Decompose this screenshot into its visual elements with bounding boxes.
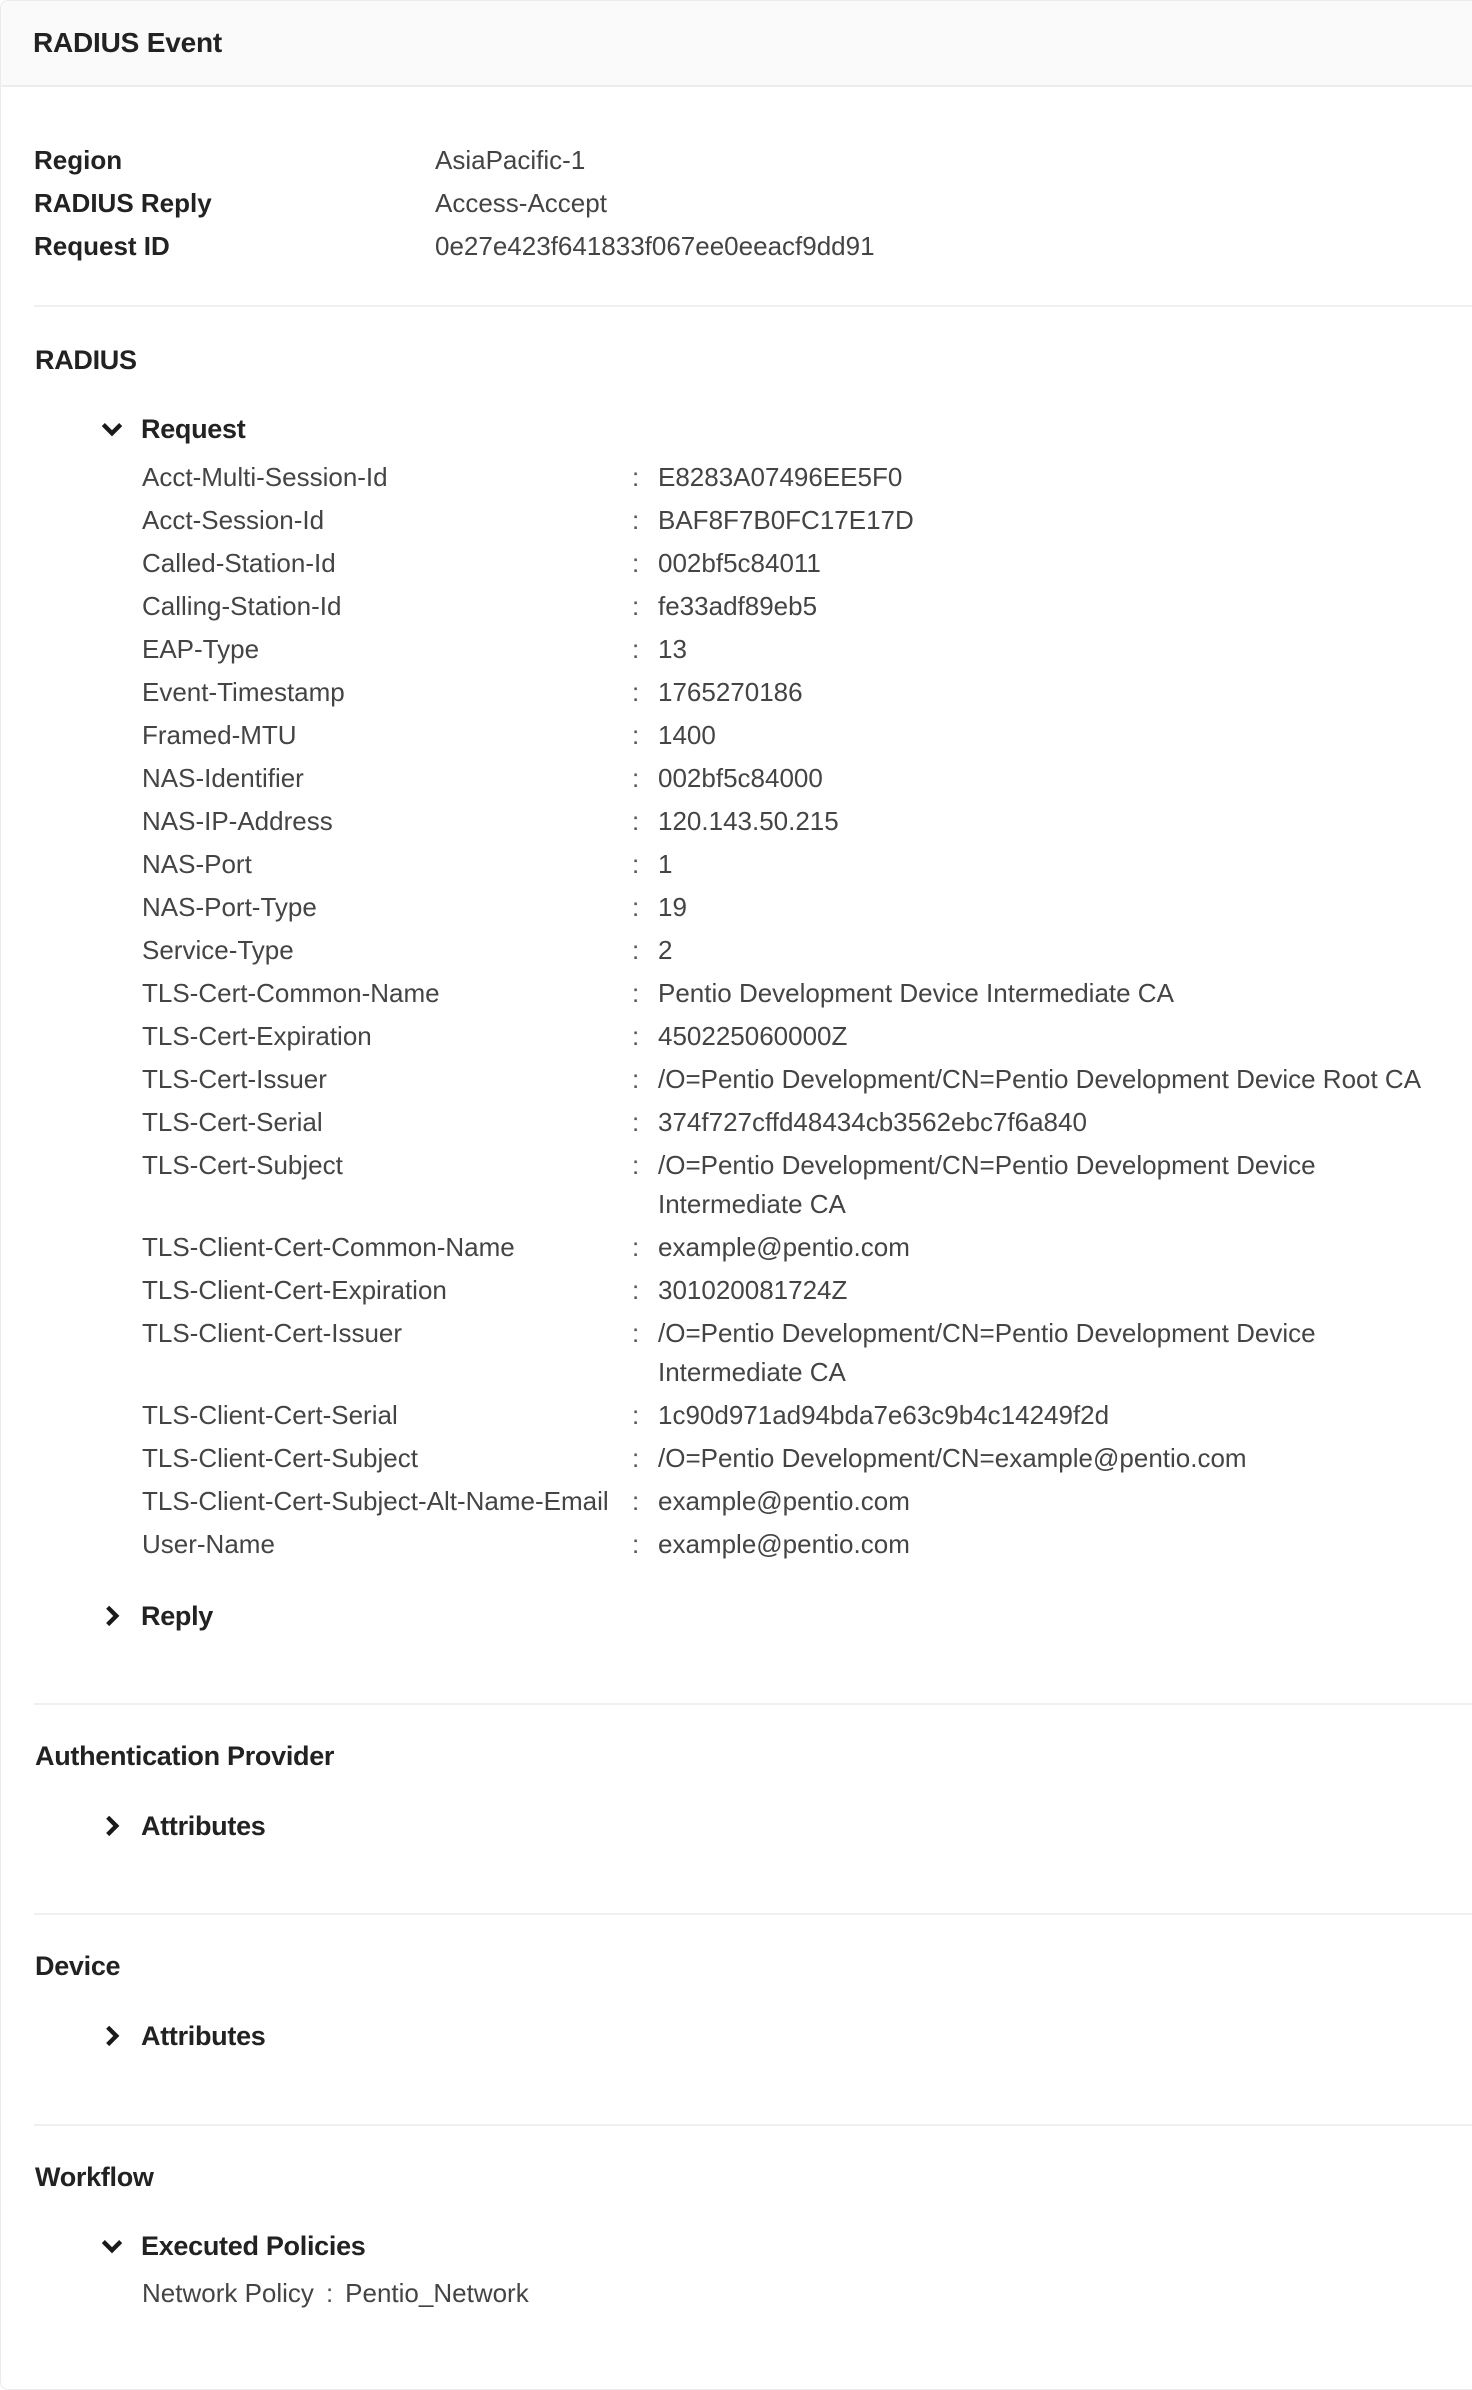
event-summary: Region AsiaPacific-1 RADIUS Reply Access… (34, 139, 875, 268)
attributes-label: Attributes (141, 1811, 266, 1842)
device-attributes-toggle[interactable]: Attributes (99, 2021, 266, 2052)
summary-value: Access-Accept (435, 188, 607, 219)
attribute-value: 1400 (658, 716, 1472, 755)
attribute-key: TLS-Cert-Subject (142, 1146, 632, 1224)
attribute-value: 002bf5c84011 (658, 544, 1472, 583)
request-attribute-row: TLS-Client-Cert-Subject-Alt-Name-Email:e… (142, 1480, 1472, 1523)
request-attribute-row: Calling-Station-Id:fe33adf89eb5 (142, 585, 1472, 628)
section-title-device: Device (35, 1951, 120, 1982)
request-attribute-row: Acct-Multi-Session-Id:E8283A07496EE5F0 (142, 456, 1472, 499)
attribute-value: 1 (658, 845, 1472, 884)
request-attribute-row: NAS-Port:1 (142, 843, 1472, 886)
reply-label: Reply (141, 1601, 213, 1632)
attribute-key: TLS-Client-Cert-Common-Name (142, 1228, 632, 1267)
request-attribute-row: Framed-MTU:1400 (142, 714, 1472, 757)
attribute-value: 19 (658, 888, 1472, 927)
request-toggle[interactable]: Request (99, 414, 245, 445)
separator: : (632, 673, 658, 712)
attribute-key: EAP-Type (142, 630, 632, 669)
attribute-key: Event-Timestamp (142, 673, 632, 712)
separator: : (632, 501, 658, 540)
attribute-value: 1c90d971ad94bda7e63c9b4c14249f2d (658, 1396, 1472, 1435)
request-attribute-row: TLS-Cert-Serial:374f727cffd48434cb3562eb… (142, 1101, 1472, 1144)
section-divider (34, 1703, 1472, 1705)
attribute-key: Calling-Station-Id (142, 587, 632, 626)
summary-value: 0e27e423f641833f067ee0eeacf9dd91 (435, 231, 875, 262)
attribute-key: NAS-Identifier (142, 759, 632, 798)
section-title-radius: RADIUS (35, 345, 137, 376)
attribute-value: 374f727cffd48434cb3562ebc7f6a840 (658, 1103, 1472, 1142)
separator: : (632, 630, 658, 669)
attribute-value: 2 (658, 931, 1472, 970)
separator: : (632, 1146, 658, 1224)
separator: : (632, 1525, 658, 1564)
request-attribute-row: Service-Type:2 (142, 929, 1472, 972)
request-attribute-row: TLS-Cert-Common-Name:Pentio Development … (142, 972, 1472, 1015)
request-attribute-row: TLS-Cert-Expiration:450225060000Z (142, 1015, 1472, 1058)
separator: : (632, 1103, 658, 1142)
attribute-value: /O=Pentio Development/CN=example@pentio.… (658, 1439, 1472, 1478)
separator: : (632, 1314, 658, 1392)
separator: : (632, 1060, 658, 1099)
attribute-value: 002bf5c84000 (658, 759, 1472, 798)
attribute-value: E8283A07496EE5F0 (658, 458, 1472, 497)
card-title: RADIUS Event (33, 27, 222, 59)
summary-label: Request ID (34, 231, 435, 262)
attribute-key: TLS-Cert-Serial (142, 1103, 632, 1142)
summary-label: Region (34, 145, 435, 176)
section-title-authentication-provider: Authentication Provider (35, 1741, 334, 1772)
separator: : (632, 802, 658, 841)
separator: : (632, 1396, 658, 1435)
executed-policy-row: Network Policy : Pentio_Network (142, 2278, 529, 2309)
separator: : (632, 888, 658, 927)
separator: : (632, 458, 658, 497)
request-attribute-row: NAS-IP-Address:120.143.50.215 (142, 800, 1472, 843)
attribute-value: /O=Pentio Development/CN=Pentio Developm… (658, 1146, 1472, 1224)
request-attribute-row: NAS-Port-Type:19 (142, 886, 1472, 929)
separator: : (632, 1271, 658, 1310)
section-divider (34, 1913, 1472, 1915)
chevron-right-icon (99, 2024, 125, 2050)
attribute-key: NAS-Port (142, 845, 632, 884)
attribute-key: TLS-Cert-Issuer (142, 1060, 632, 1099)
attribute-key: TLS-Client-Cert-Expiration (142, 1271, 632, 1310)
attribute-value: Pentio Development Device Intermediate C… (658, 974, 1472, 1013)
attribute-value: example@pentio.com (658, 1525, 1472, 1564)
separator: : (326, 2278, 333, 2309)
separator: : (632, 587, 658, 626)
attribute-value: /O=Pentio Development/CN=Pentio Developm… (658, 1314, 1472, 1392)
request-attribute-row: TLS-Cert-Issuer:/O=Pentio Development/CN… (142, 1058, 1472, 1101)
attribute-key: TLS-Client-Cert-Serial (142, 1396, 632, 1435)
request-attribute-row: TLS-Client-Cert-Common-Name:example@pent… (142, 1226, 1472, 1269)
separator: : (632, 845, 658, 884)
request-attribute-row: Called-Station-Id:002bf5c84011 (142, 542, 1472, 585)
attribute-key: TLS-Cert-Expiration (142, 1017, 632, 1056)
separator: : (632, 931, 658, 970)
request-attribute-row: Event-Timestamp:1765270186 (142, 671, 1472, 714)
attributes-label: Attributes (141, 2021, 266, 2052)
attribute-key: Framed-MTU (142, 716, 632, 755)
request-attribute-row: User-Name:example@pentio.com (142, 1523, 1472, 1566)
separator: : (632, 544, 658, 583)
attribute-value: 301020081724Z (658, 1271, 1472, 1310)
separator: : (632, 759, 658, 798)
chevron-right-icon (99, 1814, 125, 1840)
policy-value: Pentio_Network (345, 2278, 529, 2309)
attribute-value: 120.143.50.215 (658, 802, 1472, 841)
attribute-key: Service-Type (142, 931, 632, 970)
reply-toggle[interactable]: Reply (99, 1601, 213, 1632)
attribute-key: TLS-Client-Cert-Subject (142, 1439, 632, 1478)
summary-row-region: Region AsiaPacific-1 (34, 139, 875, 182)
executed-policies-toggle[interactable]: Executed Policies (99, 2231, 366, 2262)
chevron-right-icon (99, 1604, 125, 1630)
attribute-value: fe33adf89eb5 (658, 587, 1472, 626)
summary-row-radius-reply: RADIUS Reply Access-Accept (34, 182, 875, 225)
separator: : (632, 1482, 658, 1521)
attribute-key: TLS-Cert-Common-Name (142, 974, 632, 1013)
request-attribute-row: Acct-Session-Id:BAF8F7B0FC17E17D (142, 499, 1472, 542)
separator: : (632, 1017, 658, 1056)
attribute-key: Acct-Multi-Session-Id (142, 458, 632, 497)
attribute-key: NAS-IP-Address (142, 802, 632, 841)
attribute-key: User-Name (142, 1525, 632, 1564)
attribute-value: /O=Pentio Development/CN=Pentio Developm… (658, 1060, 1472, 1099)
request-label: Request (141, 414, 245, 445)
attribute-value: 1765270186 (658, 673, 1472, 712)
request-attribute-list: Acct-Multi-Session-Id:E8283A07496EE5F0Ac… (142, 456, 1472, 1566)
summary-value: AsiaPacific-1 (435, 145, 585, 176)
attribute-value: 450225060000Z (658, 1017, 1472, 1056)
separator: : (632, 1228, 658, 1267)
attribute-value: BAF8F7B0FC17E17D (658, 501, 1472, 540)
attribute-key: NAS-Port-Type (142, 888, 632, 927)
attribute-key: TLS-Client-Cert-Subject-Alt-Name-Email (142, 1482, 632, 1521)
request-attribute-row: EAP-Type:13 (142, 628, 1472, 671)
request-attribute-row: NAS-Identifier:002bf5c84000 (142, 757, 1472, 800)
request-attribute-row: TLS-Client-Cert-Issuer:/O=Pentio Develop… (142, 1312, 1472, 1394)
request-attribute-row: TLS-Client-Cert-Expiration:301020081724Z (142, 1269, 1472, 1312)
section-title-workflow: Workflow (35, 2162, 154, 2193)
request-attribute-row: TLS-Client-Cert-Serial:1c90d971ad94bda7e… (142, 1394, 1472, 1437)
attribute-value: 13 (658, 630, 1472, 669)
executed-policies-label: Executed Policies (141, 2231, 366, 2262)
attribute-key: TLS-Client-Cert-Issuer (142, 1314, 632, 1392)
attribute-key: Called-Station-Id (142, 544, 632, 583)
request-attribute-row: TLS-Client-Cert-Subject:/O=Pentio Develo… (142, 1437, 1472, 1480)
summary-row-request-id: Request ID 0e27e423f641833f067ee0eeacf9d… (34, 225, 875, 268)
separator: : (632, 974, 658, 1013)
section-divider (34, 305, 1472, 307)
card-header: RADIUS Event (1, 1, 1472, 87)
section-divider (34, 2124, 1472, 2126)
attribute-key: Acct-Session-Id (142, 501, 632, 540)
chevron-down-icon (99, 2234, 125, 2260)
radius-event-card: RADIUS Event Region AsiaPacific-1 RADIUS… (0, 0, 1472, 2385)
request-attribute-row: TLS-Cert-Subject:/O=Pentio Development/C… (142, 1144, 1472, 1226)
separator: : (632, 1439, 658, 1478)
summary-label: RADIUS Reply (34, 188, 435, 219)
chevron-down-icon (99, 417, 125, 443)
separator: : (632, 716, 658, 755)
policy-key: Network Policy (142, 2278, 314, 2309)
auth-provider-attributes-toggle[interactable]: Attributes (99, 1811, 266, 1842)
attribute-value: example@pentio.com (658, 1482, 1472, 1521)
attribute-value: example@pentio.com (658, 1228, 1472, 1267)
